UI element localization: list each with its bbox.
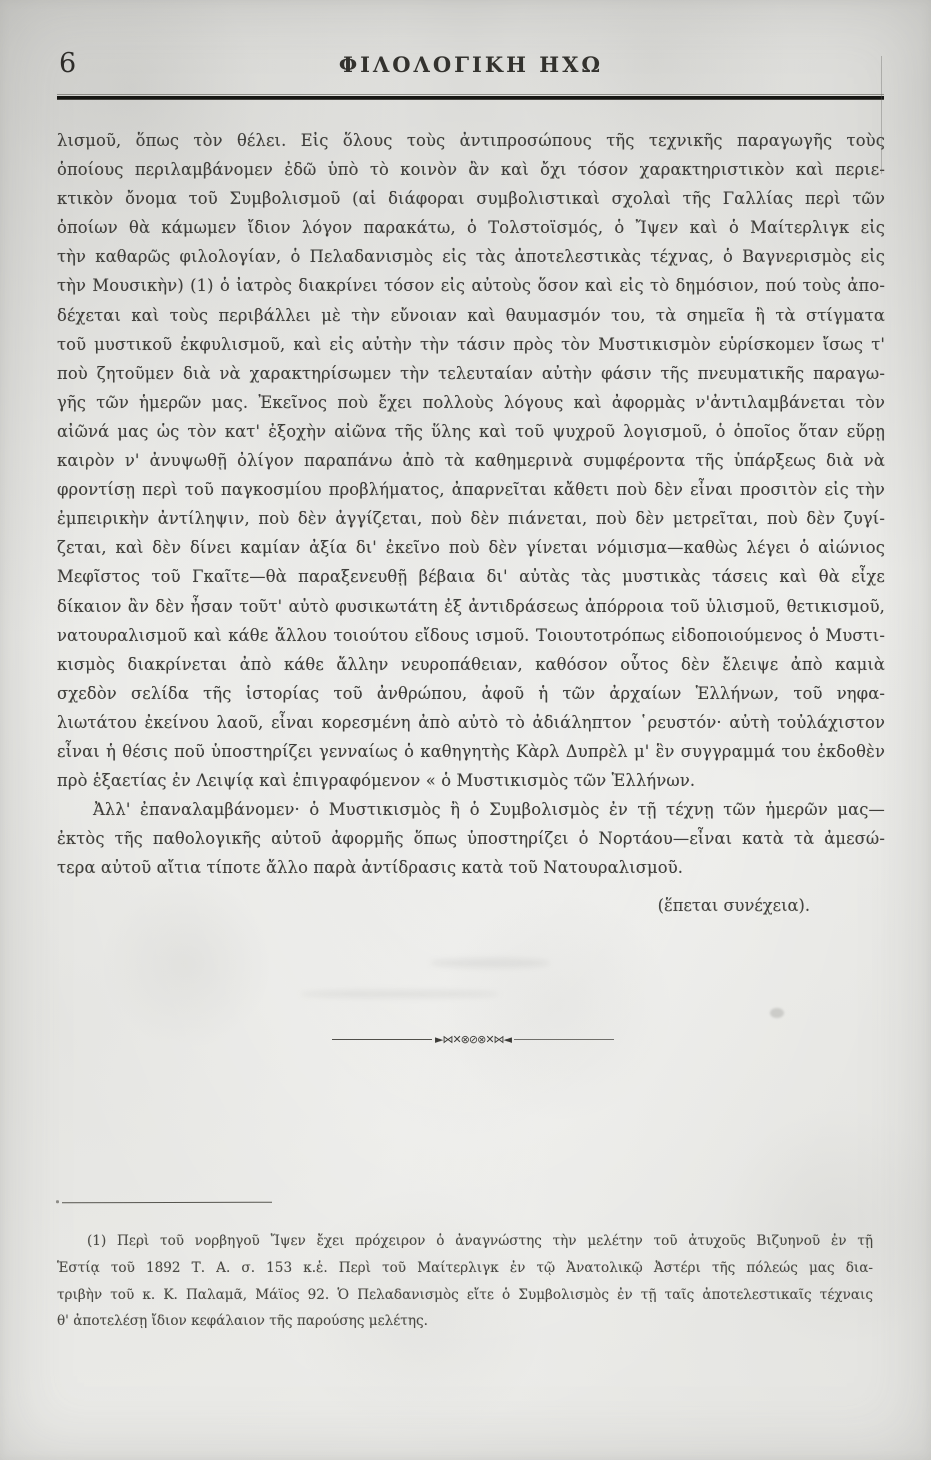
journal-title: ΦΙΛΟΛΟΓΙΚΗ ΗΧΩ [57,52,885,77]
text-line: δίκαιον ἂν δὲν ἦσαν τοῦτ' αὐτὸ φυσικωτάτ… [57,592,885,621]
text-line: τερα αὐτοῦ αἴτια τίποτε ἄλλο παρὰ ἀντίδρ… [57,853,885,882]
footnote-line: θ' ἀποτελέσῃ ἴδιον κεφάλαιον τῆς παρούση… [57,1308,873,1335]
scan-smudge [770,1008,784,1018]
scan-smudge [300,990,500,998]
text-line: γῆς τῶν ἡμερῶν μας. Ἐκεῖνος ποὺ ἔχει πολ… [57,388,885,417]
footnote-line: Ἑστίᾳ τοῦ 1892 Τ. Α. σ. 153 κ.ἑ. Περὶ το… [57,1255,873,1282]
rule-thin-line [57,99,884,100]
text-line: καιρὸν ν' ἀνυψωθῇ ὀλίγον παραπάνω ἀπὸ τὰ… [57,446,885,475]
text-line: τὴν καθαρῶς φιλολογίαν, ὁ Πελαδανισμὸς ε… [57,242,885,271]
footnote-line: τριβὴν τοῦ κ. Κ. Παλαμᾶ, Μάϊος 92. Ὁ Πελ… [57,1282,873,1309]
text-line: τὴν Μουσικὴν) (1) ὁ ἰατρὸς διακρίνει τόσ… [57,271,885,300]
footnote-block: (1) Περὶ τοῦ νορβηγοῦ Ἴψεν ἔχει πρόχειρο… [57,1228,873,1335]
text-line: εἶναι ἡ θέσις ποῦ ὑποστηρίζει γενναίως ὁ… [57,737,885,766]
text-line: λισμοῦ, ὅπως τὸν θέλει. Εἰς ὅλους τοὺς ἀ… [57,126,885,155]
text-line: σχεδὸν σελίδα τῆς ἱστορίας τοῦ ἀνθρώπου,… [57,679,885,708]
scanned-page: { "page": { "number": "6", "title": "ΦΙΛ… [0,0,931,1460]
main-text-block: λισμοῦ, ὅπως τὸν θέλει. Εἰς ὅλους τοὺς ἀ… [57,126,885,882]
text-line: λιωτάτου ἐκείνου λαοῦ, εἶναι κορεσμένη ἀ… [57,708,885,737]
text-line: ζεται, καὶ δὲν δίνει καμίαν ἀξία δι' ἐκε… [57,533,885,562]
text-line: κισμὸς διακρίνεται ἀπὸ κάθε ἄλλην νευροπ… [57,650,885,679]
continuation-note: (ἕπεται συνέχεια). [57,896,810,915]
text-line: ὁποίους περιλαμβάνομεν ἐδῶ ὑπὸ τὸ κοινὸν… [57,155,885,184]
text-line: ἐμπειρικὴν ἀντίληψιν, ποὺ δὲν ἀγγίζεται,… [57,504,885,533]
text-line: Ἀλλ' ἐπαναλαμβάνομεν· ὁ Μυστικισμὸς ἢ ὁ … [57,795,885,824]
text-line: ἐκτὸς τῆς παθολογικῆς αὐτοῦ ἀφορμῆς ὅπως… [57,824,885,853]
text-line: νατουραλισμοῦ καὶ κάθε ἄλλου τοιούτου εἴ… [57,621,885,650]
text-line: φροντίσῃ περὶ τοῦ παγκοσμίου προβλήματος… [57,475,885,504]
header-double-rule [57,94,884,100]
divider-line-left [332,1039,432,1040]
text-line: αἰῶνά μας ὡς τὸν κατ' ἐξοχὴν αἰῶνα τῆς ὕ… [57,417,885,446]
text-line: πρὸ ἑξαετίας ἐν Λειψίᾳ καὶ ἐπιγραφόμενον… [57,766,885,795]
footnote-line: (1) Περὶ τοῦ νορβηγοῦ Ἴψεν ἔχει πρόχειρο… [57,1228,873,1255]
rule-hairline [57,94,884,95]
text-line: Μεφῖστος τοῦ Γκαῖτε—θὰ παραξενευθῇ βέβαι… [57,562,885,591]
text-line: τοῦ μυστικοῦ ἐκφυλισμοῦ, καὶ εἰς αὐτὴν τ… [57,330,885,359]
footnote-rule [62,1202,272,1204]
text-line: ποὺ ζητοῦμεν διὰ νὰ χαρακτηρίσωμεν τὴν τ… [57,359,885,388]
scan-smudge [430,958,550,968]
section-divider: ►⋈✕⊗⊘⊗✕⋈◄ [332,1030,614,1048]
text-line: ὁποίων θὰ κάμωμεν ἴδιον λόγον παρακάτω, … [57,213,885,242]
divider-ornament-icon: ►⋈✕⊗⊘⊗✕⋈◄ [432,1033,514,1046]
text-line: κτικὸν ὄνομα τοῦ Συμβολισμοῦ (αἱ διάφορα… [57,184,885,213]
divider-line-right [514,1039,614,1040]
text-line: δέχεται καὶ τοὺς περιβάλλει μὲ τὴν εὔνοι… [57,301,885,330]
